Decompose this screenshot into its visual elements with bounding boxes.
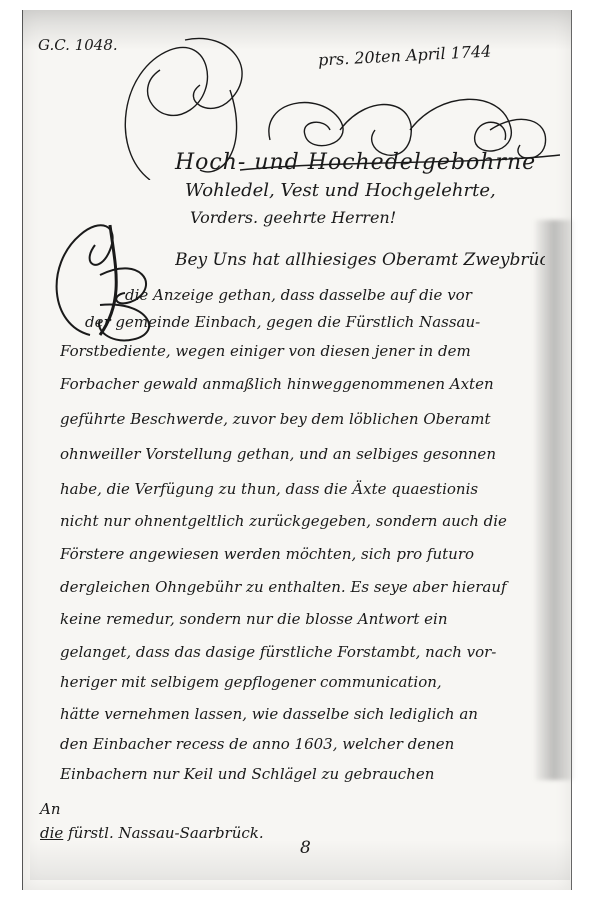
address-line-1: An <box>40 800 61 818</box>
body-line-13: gelanget, dass das dasige fürstliche For… <box>60 643 550 661</box>
salutation-line-1: Hoch- und Hochedelgebohrne <box>175 150 536 175</box>
page-edge-stain <box>535 220 573 780</box>
address-prefix: die <box>40 824 63 842</box>
body-line-5: Forbacher gewald anmaßlich hinweggenomme… <box>60 375 550 393</box>
body-line-14: heriger mit selbigem gepflogener communi… <box>60 673 550 691</box>
body-line-10: Förstere angewiesen werden möchten, sich… <box>60 545 550 563</box>
body-line-2: die Anzeige gethan, dass dasselbe auf di… <box>125 286 545 304</box>
body-line-9: nicht nur ohnentgeltlich zurückgegeben, … <box>60 512 550 530</box>
page-number: 8 <box>300 838 311 858</box>
salutation-line-3: Vorders. geehrte Herren! <box>190 208 396 227</box>
body-line-4: Forstbediente, wegen einiger von diesen … <box>60 342 550 360</box>
body-line-1: Bey Uns hat allhiesiges Oberamt Zweybrüc… <box>175 250 545 270</box>
body-line-7: ohnweiller Vorstellung gethan, und an se… <box>60 445 550 463</box>
body-line-12: keine remedur, sondern nur die blosse An… <box>60 610 550 628</box>
body-line-11: dergleichen Ohngebühr zu enthalten. Es s… <box>60 578 550 596</box>
salutation-line-2: Wohledel, Vest und Hochgelehrte, <box>185 180 496 201</box>
body-line-15: hätte vernehmen lassen, wie dasselbe sic… <box>60 705 550 723</box>
body-line-17: Einbachern nur Keil und Schlägel zu gebr… <box>60 765 550 783</box>
body-line-16: den Einbacher recess de anno 1603, welch… <box>60 735 550 753</box>
body-line-8: habe, die Verfügung zu thun, dass die Äx… <box>60 480 550 498</box>
address-recipient: fürstl. Nassau-Saarbrück. <box>63 824 263 842</box>
body-line-6: geführte Beschwerde, zuvor bey dem löbli… <box>60 410 550 428</box>
body-line-3: der gemeinde Einbach, gegen die Fürstlic… <box>85 313 575 331</box>
address-line-2: die fürstl. Nassau-Saarbrück. <box>40 824 264 842</box>
